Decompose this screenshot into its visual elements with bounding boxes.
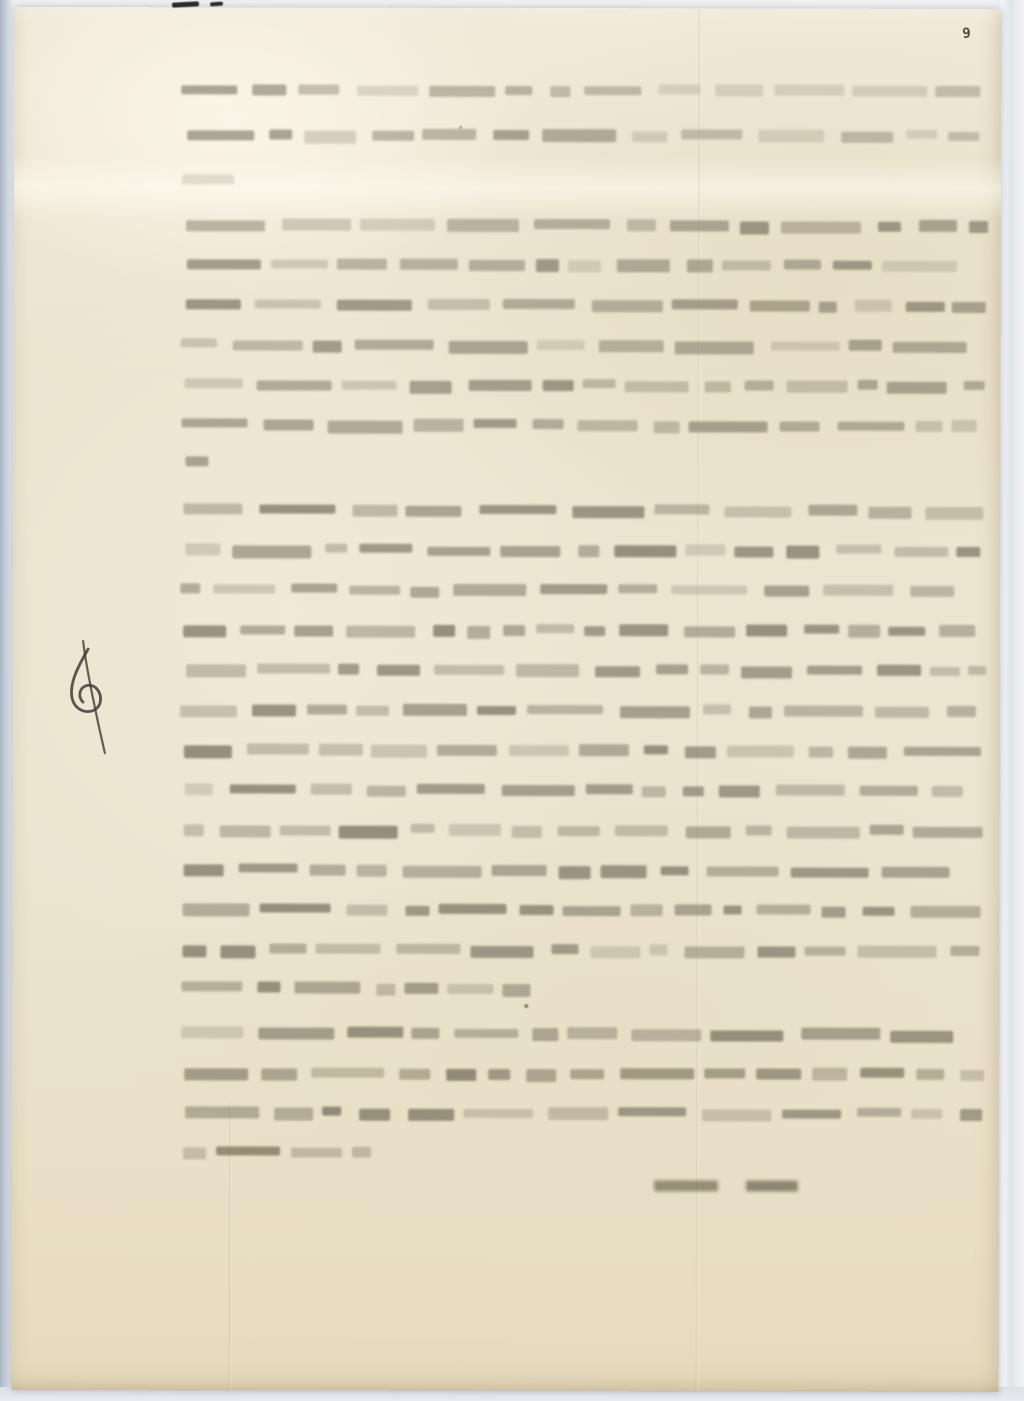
text-smudge	[683, 787, 704, 797]
text-smudge	[411, 824, 435, 833]
text-smudge	[578, 545, 599, 558]
text-smudge	[255, 299, 321, 309]
text-smudge	[836, 544, 881, 553]
text-smudge	[411, 1028, 439, 1039]
text-smudge	[428, 299, 490, 310]
paper-speck	[524, 1004, 528, 1008]
text-smudge	[184, 864, 224, 877]
text-smudge	[878, 221, 901, 232]
text-smudge	[890, 1030, 953, 1042]
text-smudge	[618, 584, 657, 593]
text-smudge	[291, 1147, 342, 1157]
text-smudge	[584, 626, 605, 637]
text-smudge	[260, 903, 331, 912]
text-smudge	[433, 625, 455, 637]
text-smudge	[341, 380, 396, 389]
text-smudge	[294, 982, 360, 993]
text-smudge	[579, 744, 629, 756]
text-smudge	[540, 584, 607, 594]
text-smudge	[757, 946, 795, 958]
text-smudge	[548, 1107, 608, 1120]
text-smudge	[911, 1109, 942, 1119]
text-smudge	[681, 130, 742, 140]
text-smudge	[325, 544, 347, 553]
text-smudge	[782, 1110, 841, 1119]
text-smudge	[852, 85, 927, 96]
text-smudge	[686, 827, 731, 838]
text-smudge	[749, 706, 772, 718]
text-smudge	[563, 906, 621, 917]
text-smudge	[359, 1109, 390, 1121]
text-smudge	[542, 380, 573, 391]
text-smudge	[182, 418, 248, 427]
text-smudge	[703, 705, 731, 715]
text-smudge	[812, 1068, 847, 1081]
text-smudge	[252, 84, 286, 95]
text-smudge	[590, 946, 640, 958]
text-smudge	[232, 546, 311, 559]
text-smudge	[399, 1069, 430, 1080]
text-smudge	[180, 583, 200, 593]
text-smudge	[469, 260, 525, 272]
text-smudge	[271, 259, 328, 269]
text-smudge	[347, 1027, 403, 1038]
text-smudge	[400, 259, 458, 270]
text-smudge	[181, 981, 242, 991]
text-smudge	[615, 825, 668, 837]
text-smudge	[848, 747, 887, 758]
typewritten-paragraph	[14, 7, 1001, 9]
text-smudge	[405, 506, 461, 516]
text-smudge	[582, 379, 615, 388]
text-smudge	[230, 784, 296, 793]
text-smudge	[624, 381, 688, 393]
text-smudge	[434, 665, 504, 675]
text-smudge	[310, 864, 346, 876]
text-smudge	[659, 84, 701, 94]
text-smudge	[542, 129, 616, 142]
text-smudge	[258, 1027, 334, 1039]
text-smudge	[551, 944, 578, 953]
text-smudge	[533, 419, 564, 429]
text-smudge	[956, 547, 980, 557]
text-smudge	[702, 1109, 771, 1122]
text-smudge	[570, 1069, 604, 1079]
text-smudge	[804, 624, 839, 634]
text-smudge	[947, 706, 976, 717]
text-smudge	[710, 1030, 783, 1041]
text-smudge	[356, 706, 389, 716]
text-smudge	[771, 341, 840, 351]
text-smudge	[963, 381, 984, 390]
text-smudge	[724, 506, 791, 517]
text-smudge	[550, 86, 570, 97]
text-smudge	[313, 340, 342, 353]
text-smudge	[184, 1068, 248, 1080]
text-smudge	[311, 1067, 384, 1077]
text-smudge	[893, 342, 967, 353]
text-smudge	[734, 546, 773, 557]
text-smudge	[360, 218, 435, 230]
text-smudge	[787, 827, 860, 839]
text-smudge	[463, 1109, 533, 1118]
text-smudge	[347, 905, 388, 916]
text-smudge	[503, 299, 575, 308]
text-smudge	[860, 786, 918, 796]
text-smudge	[631, 1030, 701, 1042]
text-smudge	[932, 786, 963, 796]
text-smudge	[935, 86, 980, 98]
text-smudge	[684, 627, 735, 638]
text-smudge	[654, 504, 709, 515]
text-smudge	[468, 380, 531, 391]
text-smudge	[512, 826, 542, 839]
text-smudge	[186, 456, 209, 466]
text-smudge	[492, 865, 547, 876]
text-smudge	[951, 420, 976, 432]
text-smudge	[187, 259, 261, 269]
text-smudge	[781, 221, 861, 233]
text-smudge	[808, 504, 857, 516]
text-smudge	[784, 259, 821, 269]
text-smudge	[644, 745, 668, 755]
text-smudge	[413, 419, 463, 432]
text-smudge	[675, 904, 712, 915]
text-smudge	[620, 1068, 694, 1079]
text-smudge	[367, 786, 406, 797]
text-smudge	[948, 132, 979, 142]
text-smudge	[786, 381, 847, 393]
text-smudge	[857, 945, 936, 957]
text-smudge	[719, 785, 760, 797]
text-smudge	[376, 983, 395, 996]
text-smudge	[183, 626, 226, 637]
text-smudge	[488, 1069, 510, 1080]
text-smudge	[371, 745, 427, 758]
text-smudge	[493, 130, 529, 139]
text-smudge	[509, 745, 569, 756]
text-smudge	[857, 380, 877, 390]
text-smudge	[184, 378, 242, 389]
document-page: 9	[12, 7, 1002, 1392]
text-smudge	[968, 666, 986, 675]
text-smudge	[952, 302, 986, 313]
text-smudge	[269, 130, 292, 140]
text-smudge	[526, 1069, 556, 1082]
text-smudge	[410, 586, 439, 597]
text-smudge	[724, 905, 742, 914]
text-smudge	[213, 584, 275, 593]
text-smudge	[833, 261, 872, 270]
text-smudge	[819, 302, 837, 313]
text-smudge	[186, 299, 241, 310]
text-smudge	[503, 625, 525, 636]
text-smudge	[882, 867, 950, 879]
text-smudge	[280, 826, 331, 836]
text-smudge	[349, 586, 400, 595]
text-smudge	[534, 219, 610, 229]
text-smudge	[910, 586, 954, 597]
text-smudge	[572, 506, 644, 519]
text-smudge	[319, 744, 363, 755]
text-smudge	[233, 341, 303, 350]
text-smudge	[352, 1147, 371, 1158]
text-smudge	[950, 946, 979, 956]
text-smudge	[632, 131, 667, 142]
text-smudge	[784, 705, 863, 717]
text-smudge	[439, 904, 507, 914]
text-smudge	[185, 1106, 259, 1118]
text-smudge	[282, 219, 351, 231]
text-smudge	[338, 663, 359, 675]
text-smudge	[756, 1068, 801, 1079]
text-smudge	[750, 300, 810, 311]
handwritten-pencil-mark	[52, 635, 122, 765]
text-smudge	[960, 1109, 982, 1121]
text-smudge	[741, 667, 792, 679]
text-smudge	[346, 626, 415, 638]
text-smudge	[505, 86, 532, 96]
text-smudge	[274, 1108, 313, 1121]
text-smudge	[322, 1106, 341, 1116]
text-smudge	[649, 945, 667, 955]
text-smudge	[304, 131, 356, 144]
text-smudge	[969, 221, 988, 233]
text-smudge	[631, 904, 663, 916]
text-smudge	[786, 546, 819, 559]
text-smudge	[182, 85, 238, 95]
text-smudge	[939, 625, 975, 637]
text-smudge	[776, 785, 845, 796]
text-smudge	[477, 706, 516, 715]
text-smudge	[474, 419, 517, 428]
text-smudge	[185, 544, 220, 555]
text-smudge	[906, 302, 945, 312]
text-smudge	[744, 380, 773, 390]
text-smudge	[257, 981, 280, 993]
text-smudge	[299, 84, 340, 95]
text-smudge	[337, 259, 387, 269]
text-smudge	[675, 342, 754, 355]
text-smudge	[404, 982, 438, 994]
text-smudge	[259, 504, 335, 513]
text-smudge	[184, 746, 232, 759]
text-smudge	[502, 984, 530, 997]
text-smudge	[779, 422, 819, 431]
text-smudge	[685, 746, 716, 758]
text-smudge	[886, 382, 946, 394]
text-smudge	[841, 132, 893, 143]
text-smudge	[688, 422, 767, 433]
text-smudge	[911, 906, 981, 918]
text-smudge	[809, 747, 833, 758]
text-smudge	[449, 824, 501, 836]
scanned-document: 9	[0, 0, 1024, 1401]
text-smudge	[337, 300, 412, 311]
text-smudge	[822, 907, 846, 918]
text-smudge	[409, 380, 451, 393]
text-smudge	[377, 665, 420, 676]
text-smudge	[568, 260, 601, 272]
text-smudge	[454, 1028, 518, 1037]
text-smudge	[614, 545, 676, 557]
text-smudge	[186, 665, 246, 678]
text-smudge	[848, 625, 880, 638]
text-smudge	[183, 903, 250, 916]
text-smudge	[904, 747, 981, 757]
text-smudge	[352, 504, 397, 516]
text-smudge	[715, 85, 763, 97]
text-smudge	[239, 863, 298, 872]
text-smudge	[315, 944, 380, 954]
text-smudge	[536, 259, 559, 272]
text-smudge	[403, 704, 467, 716]
text-smudge	[670, 220, 729, 232]
text-smudge	[261, 1068, 297, 1080]
text-smudge	[746, 624, 787, 636]
text-smudge	[294, 626, 333, 637]
text-smudge	[687, 260, 713, 273]
text-smudge	[446, 1069, 476, 1081]
text-smudge	[584, 86, 641, 95]
text-smudge	[618, 1108, 686, 1117]
text-smudge	[403, 866, 482, 878]
text-smudge	[740, 222, 769, 235]
text-smudge	[558, 826, 600, 837]
text-smudge	[427, 546, 490, 556]
text-smudge	[888, 626, 925, 635]
text-smudge	[916, 1069, 944, 1080]
text-smudge	[220, 946, 255, 959]
text-smudge	[849, 340, 882, 351]
text-smudge	[838, 421, 905, 430]
text-smudge	[559, 866, 591, 879]
text-smudge	[240, 625, 285, 634]
text-smudge	[181, 338, 217, 347]
text-smudge	[467, 626, 490, 639]
text-smudge	[860, 1068, 904, 1078]
text-smudge	[599, 340, 664, 352]
text-smudge	[601, 865, 647, 878]
text-smudge	[722, 261, 771, 271]
text-smudge	[184, 824, 204, 836]
text-smudge	[220, 826, 271, 838]
text-smudge	[906, 130, 937, 140]
text-smudge	[252, 705, 296, 717]
text-smudge	[339, 826, 398, 839]
text-smudge	[186, 220, 265, 231]
text-smudge	[592, 300, 663, 312]
text-smudge	[311, 784, 352, 795]
text-smudge	[656, 664, 688, 674]
text-smudge	[707, 866, 779, 877]
typewritten-paragraph	[14, 7, 1001, 9]
text-smudge	[257, 664, 330, 673]
text-smudge	[187, 131, 254, 141]
text-smudge	[672, 299, 738, 309]
text-smudge	[791, 867, 869, 877]
text-smudge	[642, 786, 666, 797]
text-smudge	[823, 585, 893, 596]
text-smudge	[183, 503, 242, 514]
text-smudge	[447, 984, 493, 994]
text-smudge	[327, 420, 402, 433]
fold-crease-vertical-lower	[229, 1099, 233, 1390]
text-smudge	[182, 174, 234, 184]
text-smudge	[653, 422, 679, 434]
text-smudge	[919, 220, 957, 232]
text-smudge	[500, 545, 560, 557]
text-smudge	[307, 704, 347, 714]
text-smudge	[181, 1026, 243, 1038]
text-smudge	[855, 299, 892, 311]
text-smudge	[355, 340, 434, 350]
text-smudge	[857, 1107, 901, 1116]
text-smudge	[877, 665, 921, 676]
text-smudge	[422, 129, 476, 141]
text-smudge	[960, 1070, 984, 1080]
text-smudge	[727, 745, 794, 758]
text-smudge	[700, 664, 729, 674]
text-smudge	[408, 1109, 454, 1121]
text-smudge	[586, 784, 633, 795]
text-smudge	[595, 666, 640, 677]
text-smudge	[684, 946, 744, 958]
text-smudge	[868, 507, 911, 519]
typewritten-paragraph	[14, 7, 1001, 9]
text-smudge	[372, 131, 414, 142]
paper-light-band	[14, 155, 1001, 221]
text-smudge	[437, 745, 497, 756]
text-smudge	[746, 826, 772, 836]
text-smudge	[216, 1147, 280, 1156]
text-smudge	[930, 666, 960, 675]
signature-smudge	[654, 1181, 718, 1192]
text-smudge	[863, 906, 895, 915]
text-smudge	[527, 705, 603, 714]
text-smudge	[619, 624, 668, 636]
top-edge-ink-mark	[210, 2, 223, 7]
text-smudge	[537, 340, 585, 350]
text-smudge	[807, 665, 862, 674]
text-smudge	[447, 219, 519, 232]
text-smudge	[620, 706, 690, 718]
text-smudge	[617, 259, 670, 272]
text-smudge	[417, 784, 485, 794]
text-smudge	[801, 1027, 880, 1039]
text-smudge	[704, 1069, 745, 1079]
text-smudge	[870, 825, 904, 835]
text-smudge	[661, 866, 689, 875]
text-smudge	[704, 381, 730, 392]
text-smudge	[913, 827, 983, 838]
text-smudge	[185, 784, 213, 796]
text-smudge	[882, 260, 957, 271]
text-smudge	[406, 905, 430, 915]
text-smudge	[925, 506, 983, 519]
text-smudge	[804, 947, 845, 956]
text-smudge	[182, 946, 206, 957]
typewritten-paragraph	[14, 7, 1001, 9]
text-smudge	[764, 585, 809, 596]
text-smudge	[627, 220, 656, 232]
text-smudge	[502, 785, 575, 797]
text-smudge	[671, 585, 747, 595]
text-smudge	[875, 707, 929, 719]
text-smudge	[396, 944, 460, 954]
text-smudge	[577, 421, 637, 432]
text-smudge	[536, 624, 574, 634]
